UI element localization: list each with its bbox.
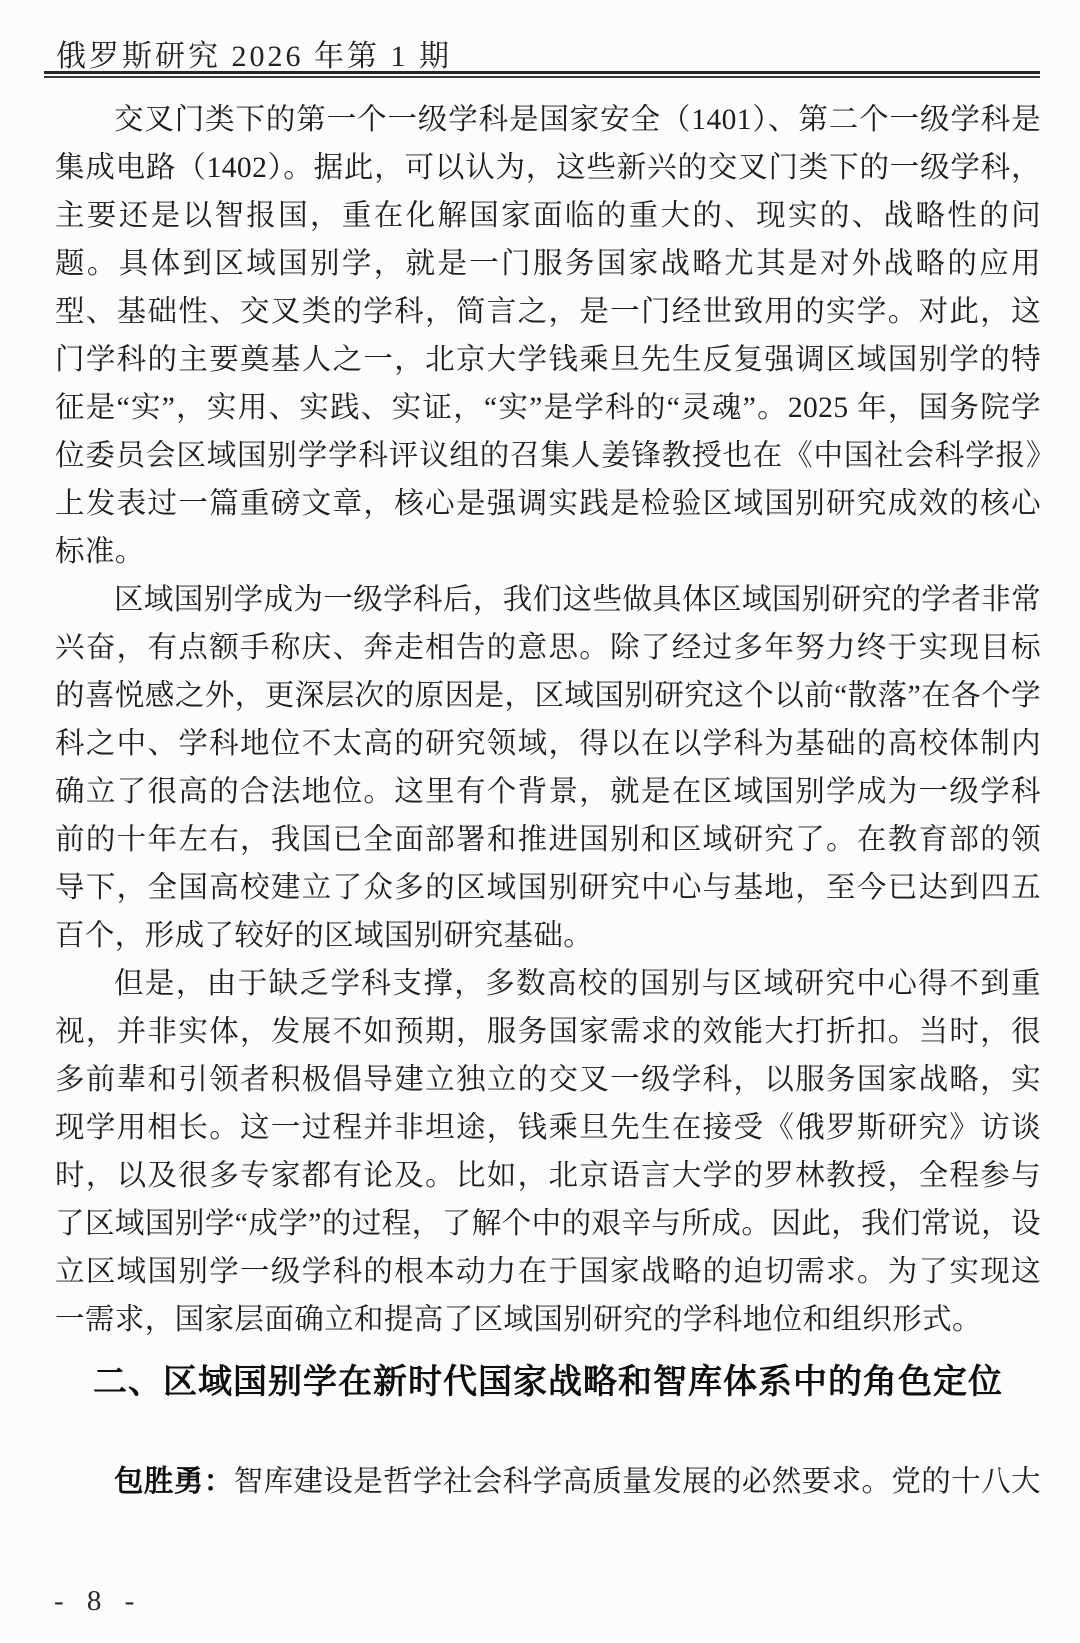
speaker-text: 智库建设是哲学社会科学高质量发展的必然要求。党的十八大 — [234, 1466, 1041, 1498]
body-paragraph: 但是，由于缺乏学科支撑，多数高校的国别与区域研究中心得不到重视，并非实体，发展不… — [55, 960, 1041, 1344]
journal-running-title: 俄罗斯研究 2026 年第 1 期 — [56, 31, 452, 75]
section-heading: 二、区域国别学在新时代国家战略和智库体系中的角色定位 — [55, 1358, 1041, 1406]
speaker-name: 包胜勇： — [114, 1465, 234, 1498]
speaker-paragraph: 包胜勇：智库建设是哲学社会科学高质量发展的必然要求。党的十八大 — [55, 1458, 1041, 1506]
body-paragraph: 交叉门类下的第一个一级学科是国家安全（1401）、第二个一级学科是集成电路（14… — [55, 96, 1041, 576]
header-rule — [44, 71, 1040, 78]
document-page: 俄罗斯研究 2026 年第 1 期 交叉门类下的第一个一级学科是国家安全（140… — [0, 0, 1080, 1643]
body-paragraph: 区域国别学成为一级学科后，我们这些做具体区域国别研究的学者非常兴奋，有点额手称庆… — [55, 576, 1041, 960]
page-number: - 8 - — [54, 1585, 142, 1618]
article-body: 交叉门类下的第一个一级学科是国家安全（1401）、第二个一级学科是集成电路（14… — [55, 96, 1041, 1344]
